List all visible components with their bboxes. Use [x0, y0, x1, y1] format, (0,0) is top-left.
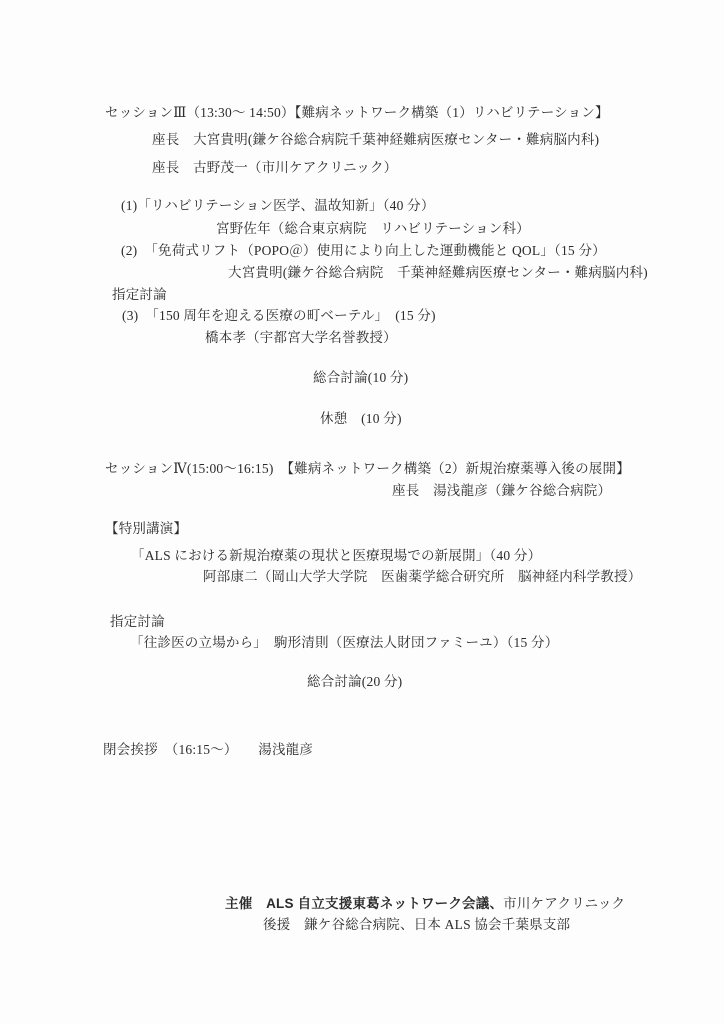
session4-general-discussion: 総合討論(20 分) — [307, 672, 402, 692]
special-lecture-heading: 【特別講演】 — [105, 519, 187, 539]
session3-chair-1: 座長 大宮貴明(鎌ケ谷総合病院千葉神経難病医療センター・難病脳内科) — [152, 130, 599, 150]
session3-talk3-speaker: 橋本孝（宇都宮大学名誉教授） — [205, 328, 397, 348]
session4-chair: 座長 湯浅龍彦（鎌ケ谷総合病院） — [392, 481, 611, 501]
conference-program-page: セッションⅢ（13:30～ 14:50）【難病ネットワーク構築（1）リハビリテー… — [0, 0, 724, 1024]
break-label: 休憩 (10 分) — [320, 409, 402, 429]
session4-header: セッションⅣ(15:00～16:15) 【難病ネットワーク構築（2）新規治療薬導… — [105, 459, 630, 479]
session3-talk2-speaker: 大宮貴明(鎌ケ谷総合病院 千葉神経難病医療センター・難病脳内科) — [228, 263, 648, 283]
special-lecture-speaker: 阿部康二（岡山大学大学院 医歯薬学総合研究所 脳神経内科学教授） — [203, 567, 641, 587]
session3-talk1-title: (1)「リハビリテーション医学、温故知新」（40 分） — [121, 196, 435, 216]
session3-designated-discussion: 指定討論 — [112, 285, 167, 305]
organizer-line: 主催 ALS 自立支援東葛ネットワーク会議、市川ケアクリニック — [225, 894, 625, 914]
session3-talk2-title: (2) 「免荷式リフト（POPO＠）使用により向上した運動機能と QOL」（15… — [121, 241, 606, 261]
session4-discussion-talk: 「往診医の立場から」 駒形清則（医療法人財団ファミーユ）（15 分） — [130, 633, 558, 653]
session3-talk3-title: (3) 「150 周年を迎える医療の町ベーテル」 (15 分) — [122, 306, 436, 326]
session3-general-discussion: 総合討論(10 分) — [313, 368, 408, 388]
organizer-bold-text: 主催 ALS 自立支援東葛ネットワーク会議、 — [225, 896, 503, 911]
session3-talk1-speaker: 宮野佐年（総合東京病院 リハビリテーション科） — [216, 219, 530, 239]
closing-remarks: 閉会挨拶 （16:15～） 湯浅龍彦 — [103, 740, 313, 760]
session4-designated-discussion: 指定討論 — [110, 612, 165, 632]
special-lecture-title: 「ALS における新規治療薬の現状と医療現場での新展開」（40 分） — [131, 546, 541, 566]
session3-header: セッションⅢ（13:30～ 14:50）【難病ネットワーク構築（1）リハビリテー… — [105, 103, 609, 123]
organizer-regular-text: 市川ケアクリニック — [503, 896, 625, 911]
support-line: 後援 鎌ケ谷総合病院、日本 ALS 協会千葉県支部 — [263, 915, 570, 935]
session3-chair-2: 座長 古野茂一（市川ケアクリニック） — [152, 158, 397, 178]
